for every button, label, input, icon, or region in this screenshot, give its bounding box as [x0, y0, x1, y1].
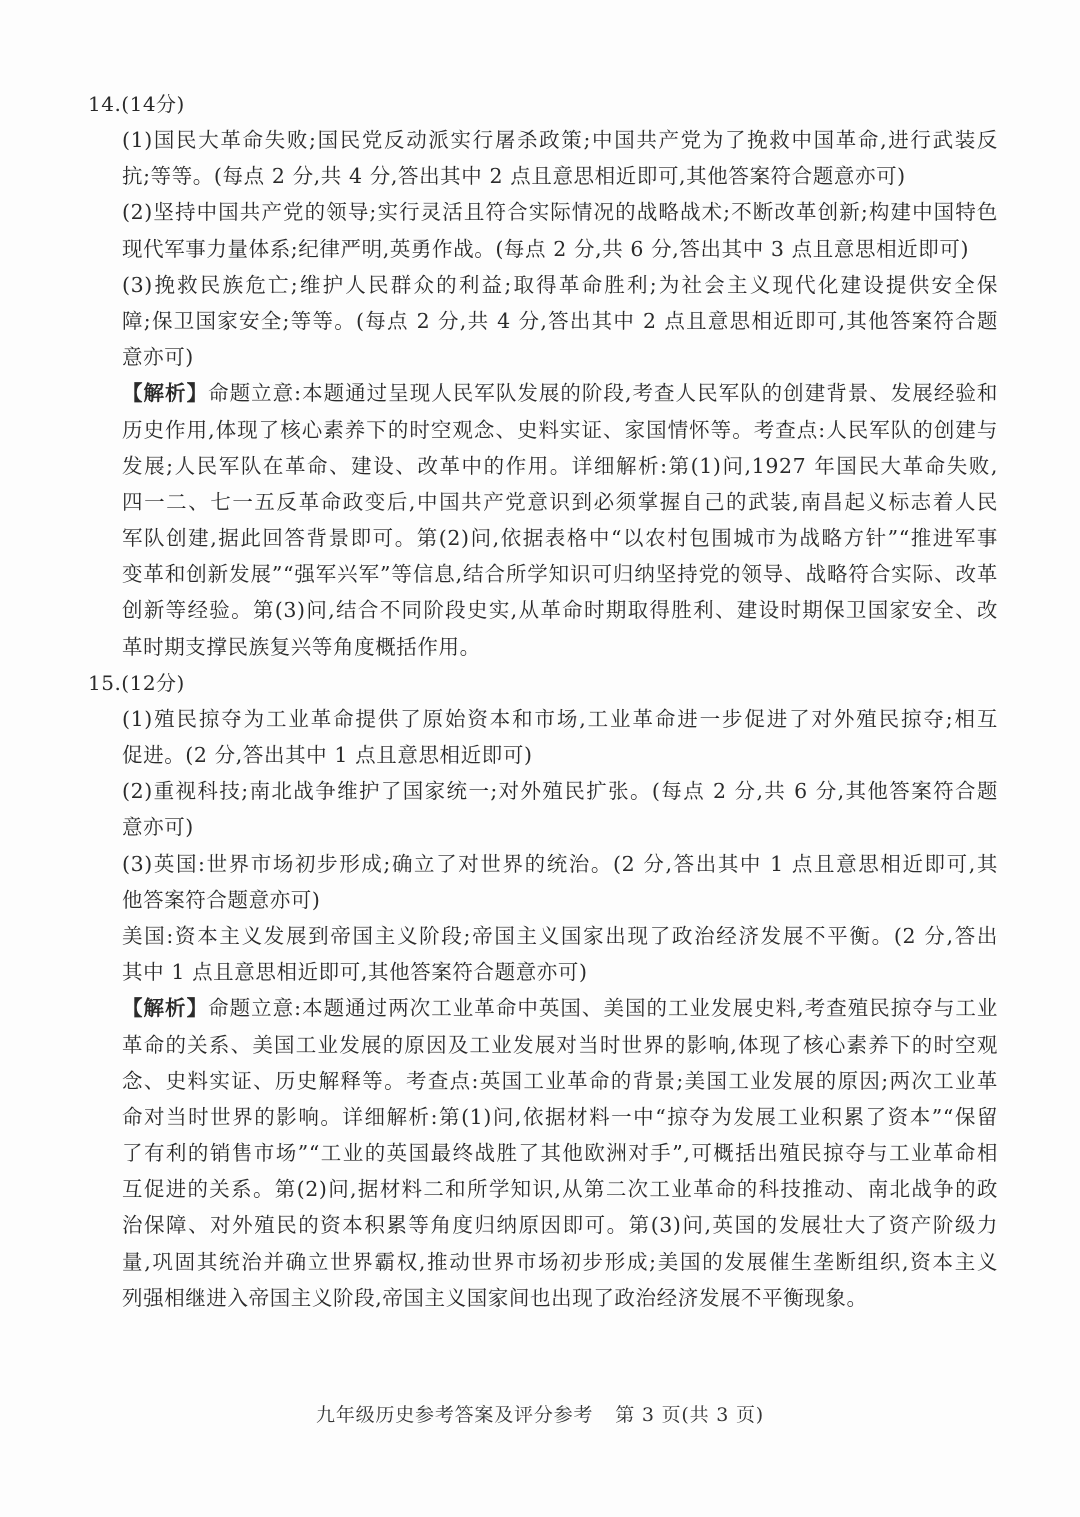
analysis-text: 命题立意:本题通过两次工业革命中英国、美国的工业发展史料,考查殖民掠夺与工业 — [208, 996, 998, 1020]
q14-part-1: (1)国民大革命失败;国民党反动派实行屠杀政策;中国共产党为了挽救中国革命,进行… — [88, 122, 998, 194]
question-15-heading: 15.(12分) — [88, 665, 998, 701]
text-line: 革命的关系、美国工业发展的原因及工业发展对当时世界的影响,体现了核心素养下的时空… — [88, 1027, 998, 1063]
question-14-heading: 14.(14分) — [88, 86, 998, 122]
analysis-tag: 【解析】 — [122, 996, 208, 1020]
analysis-text: 命题立意:本题通过呈现人民军队发展的阶段,考查人民军队的创建背景、发展经验和 — [208, 381, 998, 405]
text-line: 意亦可) — [88, 809, 998, 845]
text-line: 现代军事力量体系;纪律严明,英勇作战。(每点 2 分,共 6 分,答出其中 3 … — [88, 231, 998, 267]
text-line: (3)挽救民族危亡;维护人民群众的利益;取得革命胜利;为社会主义现代化建设提供安… — [88, 267, 998, 303]
document-page: 14.(14分) (1)国民大革命失败;国民党反动派实行屠杀政策;中国共产党为了… — [0, 0, 1080, 1517]
q15-part-1: (1)殖民掠夺为工业革命提供了原始资本和市场,工业革命进一步促进了对外殖民掠夺;… — [88, 701, 998, 773]
text-line: 互促进的关系。第(2)问,据材料二和所学知识,从第二次工业革命的科技推动、南北战… — [88, 1171, 998, 1207]
text-line: (2)坚持中国共产党的领导;实行灵活且符合实际情况的战略战术;不断改革创新;构建… — [88, 194, 998, 230]
question-15: 15.(12分) (1)殖民掠夺为工业革命提供了原始资本和市场,工业革命进一步促… — [88, 665, 998, 1316]
text-line: 促进。(2 分,答出其中 1 点且意思相近即可) — [88, 737, 998, 773]
text-line: 治保障、对外殖民的资本积累等角度归纳原因即可。第(3)问,英国的发展壮大了资产阶… — [88, 1207, 998, 1243]
page-number: 第 3 页(共 3 页) — [615, 1404, 764, 1426]
text-line: (2)重视科技;南北战争维护了国家统一;对外殖民扩张。(每点 2 分,共 6 分… — [88, 773, 998, 809]
text-line: 军队创建,据此回答背景即可。第(2)问,依据表格中“以农村包围城市为战略方针”“… — [88, 520, 998, 556]
text-line: 意亦可) — [88, 339, 998, 375]
q15-analysis: 【解析】命题立意:本题通过两次工业革命中英国、美国的工业发展史料,考查殖民掠夺与… — [88, 990, 998, 1316]
text-line: 量,巩固其统治并确立世界霸权,推动世界市场初步形成;美国的发展催生垄断组织,资本… — [88, 1244, 998, 1280]
text-line: 四一二、七一五反革命政变后,中国共产党意识到必须掌握自己的武装,南昌起义标志着人… — [88, 484, 998, 520]
text-line: 他答案符合题意亦可) — [88, 882, 998, 918]
answer-content: 14.(14分) (1)国民大革命失败;国民党反动派实行屠杀政策;中国共产党为了… — [88, 86, 998, 1316]
footer-title: 九年级历史参考答案及评分参考 — [316, 1404, 593, 1426]
text-line: 革时期支撑民族复兴等角度概括作用。 — [88, 629, 998, 665]
text-line: (1)国民大革命失败;国民党反动派实行屠杀政策;中国共产党为了挽救中国革命,进行… — [88, 122, 998, 158]
q15-part-3-usa: 美国:资本主义发展到帝国主义阶段;帝国主义国家出现了政治经济发展不平衡。(2 分… — [88, 918, 998, 990]
text-line: (1)殖民掠夺为工业革命提供了原始资本和市场,工业革命进一步促进了对外殖民掠夺;… — [88, 701, 998, 737]
text-line: 列强相继进入帝国主义阶段,帝国主义国家间也出现了政治经济发展不平衡现象。 — [88, 1280, 998, 1316]
question-14: 14.(14分) (1)国民大革命失败;国民党反动派实行屠杀政策;中国共产党为了… — [88, 86, 998, 665]
text-line: 障;保卫国家安全;等等。(每点 2 分,共 4 分,答出其中 2 点且意思相近即… — [88, 303, 998, 339]
text-line: 念、史料实证、历史解释等。考查点:英国工业革命的背景;美国工业发展的原因;两次工… — [88, 1063, 998, 1099]
q14-part-2: (2)坚持中国共产党的领导;实行灵活且符合实际情况的战略战术;不断改革创新;构建… — [88, 194, 998, 266]
text-line: 创新等经验。第(3)问,结合不同阶段史实,从革命时期取得胜利、建设时期保卫国家安… — [88, 592, 998, 628]
text-line: (3)英国:世界市场初步形成;确立了对世界的统治。(2 分,答出其中 1 点且意… — [88, 846, 998, 882]
text-line: 变革和创新发展”“强军兴军”等信息,结合所学知识可归纳坚持党的领导、战略符合实际… — [88, 556, 998, 592]
text-line: 其中 1 点且意思相近即可,其他答案符合题意亦可) — [88, 954, 998, 990]
text-line: 了有利的销售市场”“工业的英国最终战胜了其他欧洲对手”,可概括出殖民掠夺与工业革… — [88, 1135, 998, 1171]
text-line: 【解析】命题立意:本题通过两次工业革命中英国、美国的工业发展史料,考查殖民掠夺与… — [88, 990, 998, 1026]
q15-part-3-britain: (3)英国:世界市场初步形成;确立了对世界的统治。(2 分,答出其中 1 点且意… — [88, 846, 998, 918]
text-line: 发展;人民军队在革命、建设、改革中的作用。详细解析:第(1)问,1927 年国民… — [88, 448, 998, 484]
text-line: 【解析】命题立意:本题通过呈现人民军队发展的阶段,考查人民军队的创建背景、发展经… — [88, 375, 998, 411]
text-line: 抗;等等。(每点 2 分,共 4 分,答出其中 2 点且意思相近即可,其他答案符… — [88, 158, 998, 194]
text-line: 历史作用,体现了核心素养下的时空观念、史料实证、家国情怀等。考查点:人民军队的创… — [88, 412, 998, 448]
page-footer: 九年级历史参考答案及评分参考第 3 页(共 3 页) — [0, 1400, 1080, 1427]
text-line: 命对当时世界的影响。详细解析:第(1)问,依据材料一中“掠夺为发展工业积累了资本… — [88, 1099, 998, 1135]
q14-analysis: 【解析】命题立意:本题通过呈现人民军队发展的阶段,考查人民军队的创建背景、发展经… — [88, 375, 998, 665]
analysis-tag: 【解析】 — [122, 381, 208, 405]
text-line: 美国:资本主义发展到帝国主义阶段;帝国主义国家出现了政治经济发展不平衡。(2 分… — [88, 918, 998, 954]
q14-part-3: (3)挽救民族危亡;维护人民群众的利益;取得革命胜利;为社会主义现代化建设提供安… — [88, 267, 998, 376]
q15-part-2: (2)重视科技;南北战争维护了国家统一;对外殖民扩张。(每点 2 分,共 6 分… — [88, 773, 998, 845]
